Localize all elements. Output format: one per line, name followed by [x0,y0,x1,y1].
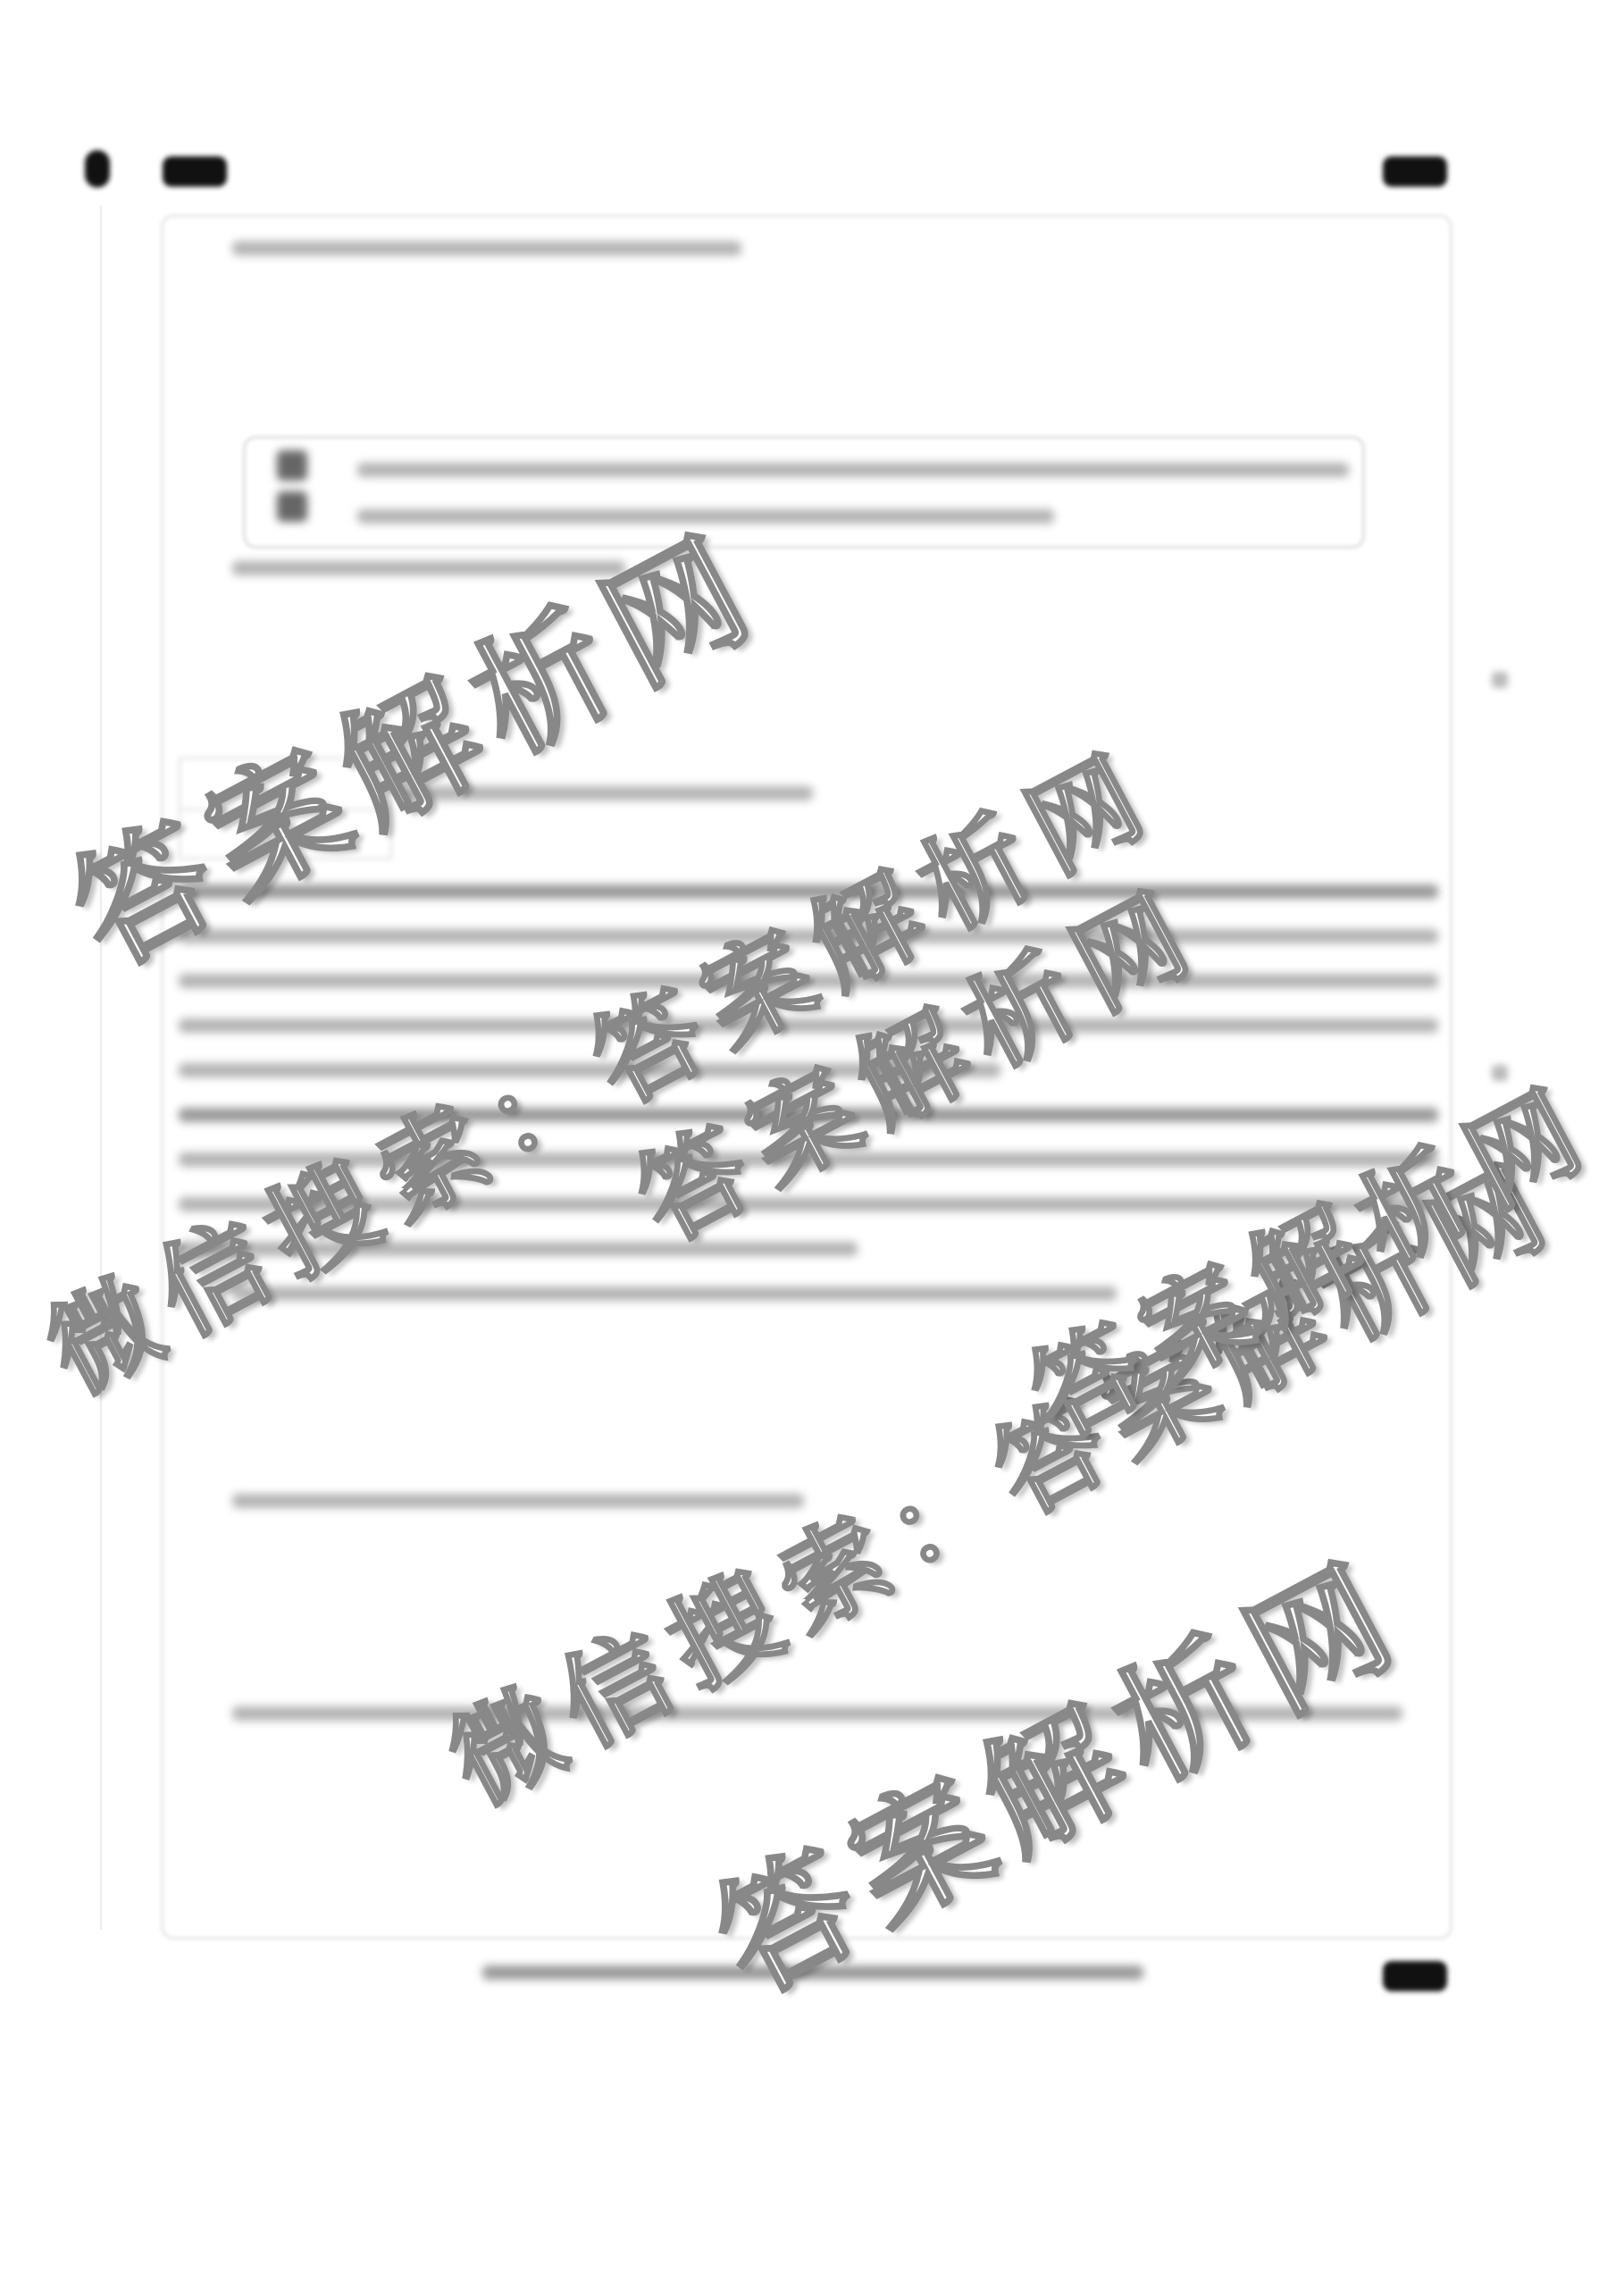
tip-box [243,436,1365,549]
question-line [232,241,741,256]
binding-gutter [100,205,120,1930]
registration-mark-top-right [1383,156,1447,187]
registration-mark-top-left [163,156,227,187]
question-line [232,1286,1117,1301]
registration-mark-bottom-right [1383,1961,1447,1991]
tip-text-line [357,463,1349,477]
registration-mark-top-left-dot [85,150,110,188]
question-line [232,1494,804,1508]
tip-label [277,447,322,532]
side-marker [1492,672,1508,688]
